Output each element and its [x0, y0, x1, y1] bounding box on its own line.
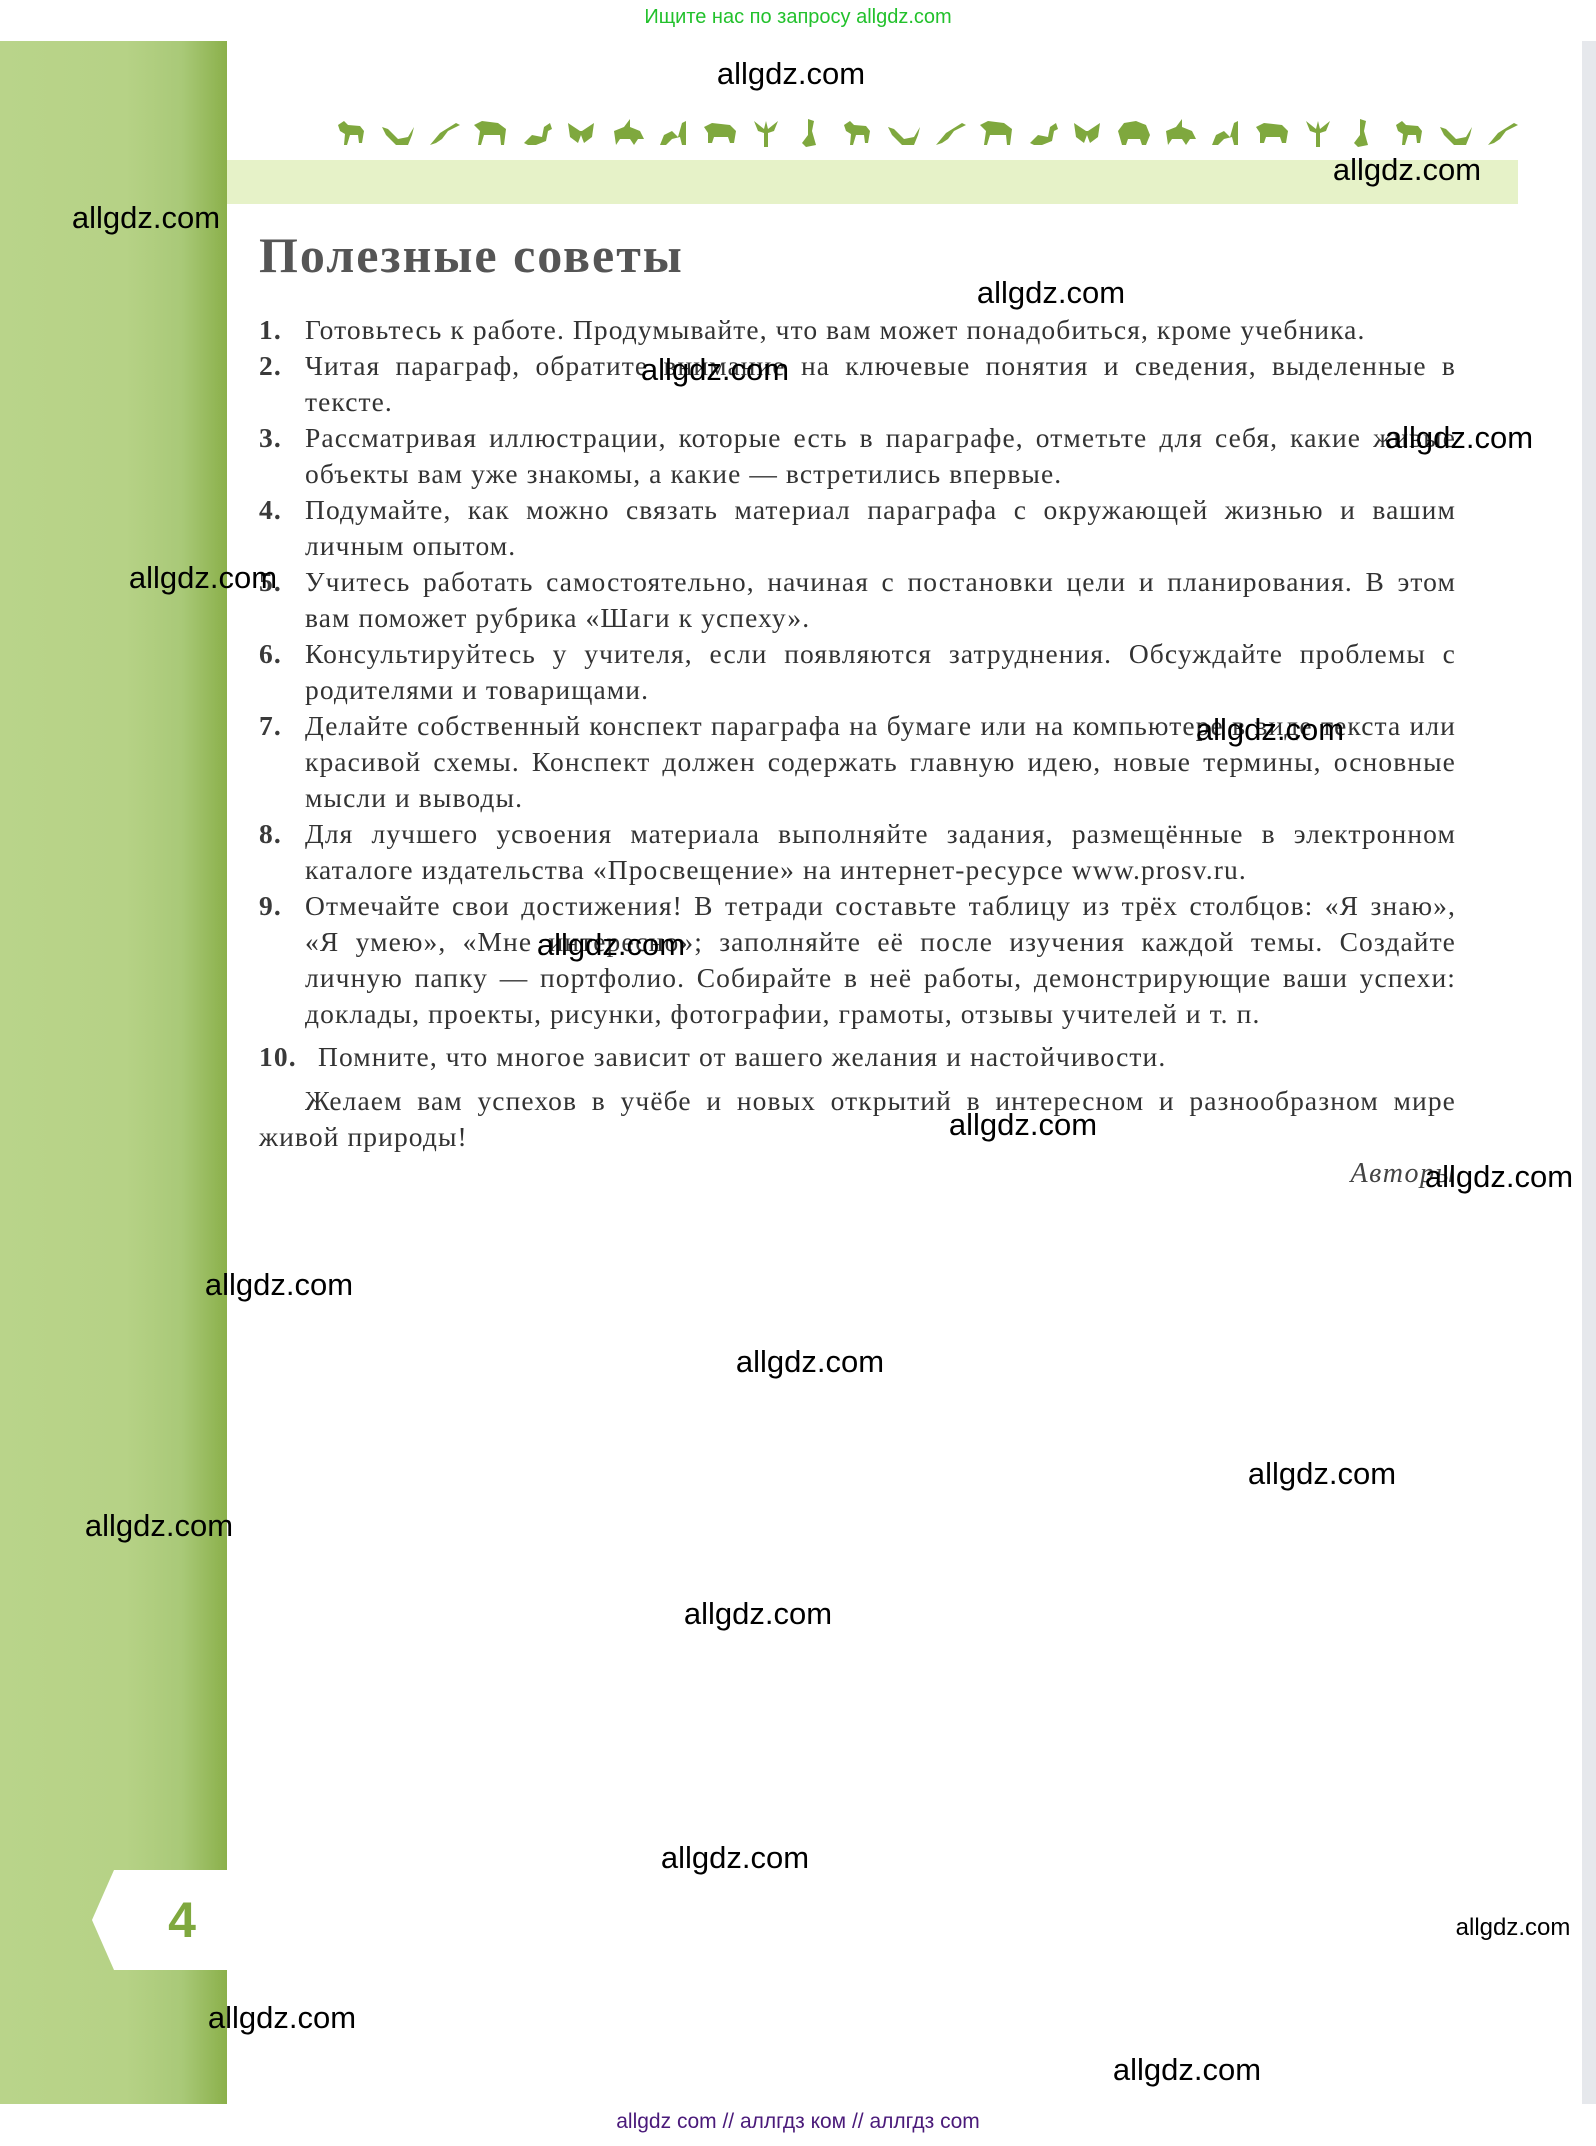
dolphin-icon — [380, 117, 416, 149]
watermark: allgdz.com — [717, 56, 865, 92]
watermark: allgdz.com — [949, 1107, 1097, 1143]
tip-item: 1.Готовьтесь к работе. Продумывайте, что… — [259, 312, 1456, 348]
moose-icon — [840, 117, 876, 149]
watermark: allgdz.com — [1456, 1914, 1571, 1942]
tip-text: Подумайте, как можно связать материал па… — [305, 492, 1456, 564]
meerkat-icon — [794, 117, 830, 149]
watermark: allgdz.com — [85, 1508, 233, 1544]
watermark: allgdz.com — [1113, 2052, 1261, 2088]
watermark: allgdz.com — [661, 1840, 809, 1876]
tip-number: 6. — [259, 636, 305, 708]
watermark: allgdz.com — [641, 352, 789, 388]
tips-list: 1.Готовьтесь к работе. Продумывайте, что… — [259, 312, 1456, 1192]
watermark: allgdz.com — [205, 1267, 353, 1303]
tip-item: 10.Помните, что многое зависит от вашего… — [259, 1039, 1456, 1075]
tip-item: 8.Для лучшего усвоения материала выполня… — [259, 816, 1456, 888]
page-title: Полезные советы — [259, 226, 684, 284]
watermark: allgdz.com — [977, 275, 1125, 311]
antelope-icon — [1162, 117, 1198, 149]
header-band — [227, 160, 1518, 204]
tip-number: 7. — [259, 708, 305, 816]
moose-icon — [334, 117, 370, 149]
insect-icon — [748, 117, 784, 149]
page-number-badge: 4 — [92, 1870, 228, 1970]
horse-icon — [472, 117, 508, 149]
bison-icon — [1116, 117, 1152, 149]
closing-paragraph: Желаем вам успехов в учёбе и новых откры… — [259, 1083, 1456, 1155]
cat-icon — [656, 117, 692, 149]
tip-number: 2. — [259, 348, 305, 420]
page-margin-sidebar — [0, 41, 227, 2104]
tip-item: 5.Учитесь работать самостоятельно, начин… — [259, 564, 1456, 636]
tip-item: 2.Читая параграф, обратите внимание на к… — [259, 348, 1456, 420]
boar-icon — [1254, 117, 1290, 149]
tip-text: Рассматривая иллюстрации, которые есть в… — [305, 420, 1456, 492]
moose-icon — [1392, 117, 1428, 149]
cat-icon — [1208, 117, 1244, 149]
watermark: allgdz.com — [1196, 712, 1344, 748]
watermark: allgdz.com — [129, 560, 277, 596]
tip-text: Помните, что многое зависит от вашего же… — [318, 1039, 1456, 1075]
watermark: allgdz.com — [736, 1344, 884, 1380]
watermark: allgdz.com — [1425, 1159, 1573, 1195]
tip-item: 6.Консультируйтесь у учителя, если появл… — [259, 636, 1456, 708]
tip-number: 8. — [259, 816, 305, 888]
search-hint-banner: Ищите нас по запросу allgdz.com — [0, 6, 1596, 29]
tip-number: 4. — [259, 492, 305, 564]
tip-item: 3.Рассматривая иллюстрации, которые есть… — [259, 420, 1456, 492]
meerkat-icon — [1346, 117, 1382, 149]
scorpion-icon — [1024, 117, 1060, 149]
scorpion-icon — [518, 117, 554, 149]
tip-number: 3. — [259, 420, 305, 492]
boar-icon — [702, 117, 738, 149]
badge-shape — [92, 1870, 228, 1970]
dolphin-icon — [1438, 117, 1474, 149]
watermark: allgdz.com — [1248, 1456, 1396, 1492]
tip-text: Читая параграф, обратите внимание на клю… — [305, 348, 1456, 420]
watermark: allgdz.com — [1333, 152, 1481, 188]
authors-signature: Авторы — [259, 1156, 1456, 1192]
tip-item: 4.Подумайте, как можно связать материал … — [259, 492, 1456, 564]
horse-icon — [978, 117, 1014, 149]
animal-silhouette-strip — [334, 112, 1520, 154]
butterfly-icon — [564, 117, 600, 149]
page-number: 4 — [162, 1890, 202, 1950]
dolphin-icon — [886, 117, 922, 149]
bird-icon — [932, 117, 968, 149]
watermark: allgdz.com — [684, 1596, 832, 1632]
page-edge — [1582, 41, 1596, 2104]
footer-links: allgdz com // аллгдз ком // аллгдз com — [0, 2110, 1596, 2134]
watermark: allgdz.com — [72, 200, 220, 236]
watermark: allgdz.com — [537, 927, 685, 963]
tip-number: 10. — [259, 1039, 318, 1075]
tip-number: 1. — [259, 312, 305, 348]
tip-text: Отмечайте свои достижения! В тетради сос… — [305, 888, 1456, 1032]
antelope-icon — [610, 117, 646, 149]
butterfly-icon — [1070, 117, 1106, 149]
tip-item: 9.Отмечайте свои достижения! В тетради с… — [259, 888, 1456, 1032]
tip-text: Готовьтесь к работе. Продумывайте, что в… — [305, 312, 1456, 348]
bird-icon — [426, 117, 462, 149]
insect-icon — [1300, 117, 1336, 149]
tip-text: Учитесь работать самостоятельно, начиная… — [305, 564, 1456, 636]
watermark: allgdz.com — [208, 2000, 356, 2036]
tip-text: Консультируйтесь у учителя, если появляю… — [305, 636, 1456, 708]
bird-icon — [1484, 117, 1520, 149]
watermark: allgdz.com — [1385, 420, 1533, 456]
tip-text: Для лучшего усвоения материала выполняйт… — [305, 816, 1456, 888]
tip-number: 9. — [259, 888, 305, 1032]
